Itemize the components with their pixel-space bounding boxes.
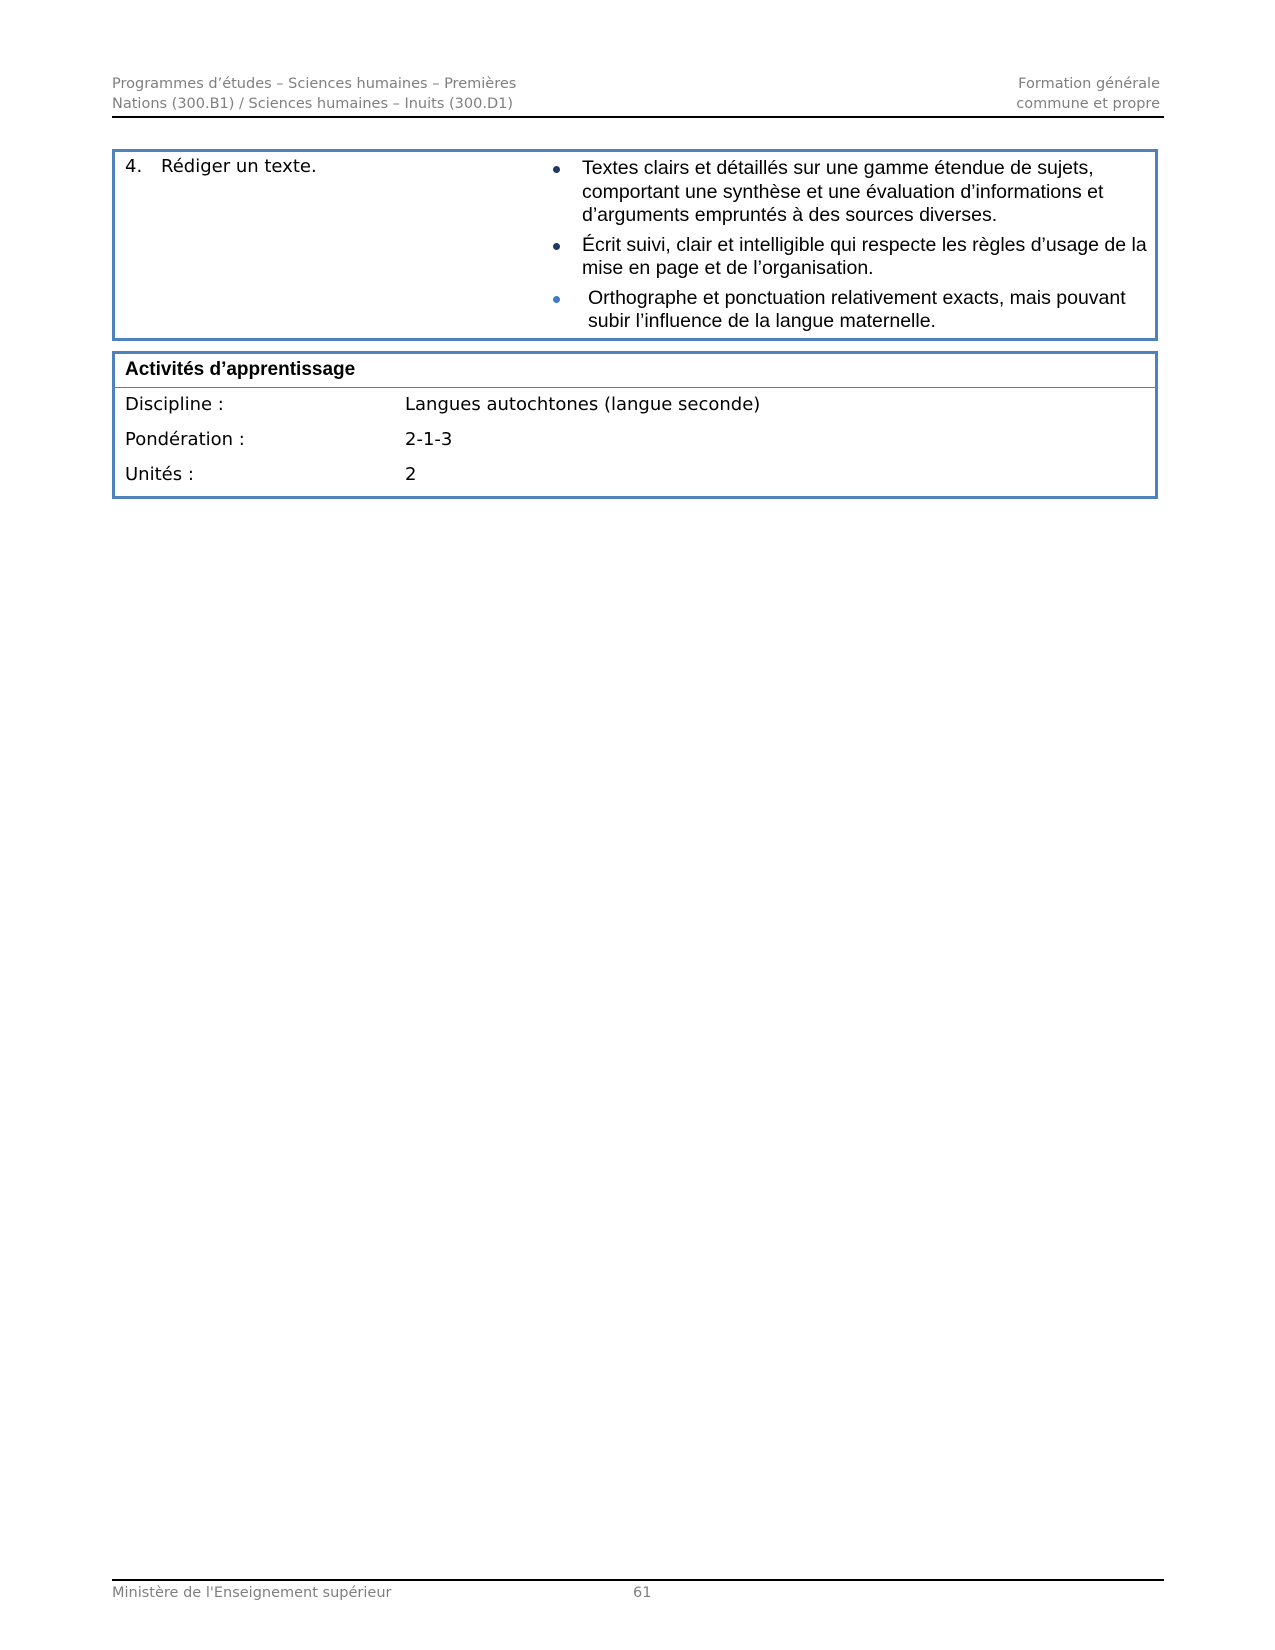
learning-activities-table: Activités d’apprentissage Discipline : L… bbox=[112, 351, 1158, 499]
header-program-title: Programmes d’études – Sciences humaines … bbox=[112, 74, 516, 114]
footer-ministry: Ministère de l'Enseignement supérieur bbox=[112, 1585, 391, 1601]
header-left-line-1: Programmes d’études – Sciences humaines … bbox=[112, 74, 516, 94]
row-label: Unités : bbox=[125, 464, 194, 485]
criteria-item: Écrit suivi, clair et intelligible qui r… bbox=[549, 234, 1149, 281]
header-right-line-1: Formation générale bbox=[1016, 74, 1160, 94]
header-right-line-2: commune et propre bbox=[1016, 94, 1160, 114]
learning-activities-title: Activités d’apprentissage bbox=[125, 359, 355, 381]
page-footer: Ministère de l'Enseignement supérieur 61 bbox=[112, 1579, 1164, 1581]
row-value: 2-1-3 bbox=[405, 429, 452, 450]
bullet-icon bbox=[553, 296, 560, 303]
performance-criteria-list: Textes clairs et détaillés sur une gamme… bbox=[549, 157, 1149, 340]
competency-text: Rédiger un texte. bbox=[161, 156, 317, 177]
criteria-item: Orthographe et ponctuation relativement … bbox=[549, 287, 1149, 334]
criteria-text: Orthographe et ponctuation relativement … bbox=[582, 287, 1149, 334]
row-value: Langues autochtones (langue seconde) bbox=[405, 394, 760, 415]
criteria-text: Écrit suivi, clair et intelligible qui r… bbox=[582, 234, 1147, 280]
competency-number: 4. bbox=[125, 156, 142, 177]
header-section-title: Formation générale commune et propre bbox=[1016, 74, 1160, 114]
bullet-icon bbox=[553, 243, 560, 250]
header-left-line-2: Nations (300.B1) / Sciences humaines – I… bbox=[112, 94, 516, 114]
criteria-text: Textes clairs et détaillés sur une gamme… bbox=[582, 157, 1103, 226]
criteria-item: Textes clairs et détaillés sur une gamme… bbox=[549, 157, 1149, 228]
row-label: Pondération : bbox=[125, 429, 245, 450]
row-label: Discipline : bbox=[125, 394, 224, 415]
bullet-icon bbox=[553, 166, 560, 173]
row-value: 2 bbox=[405, 464, 416, 485]
learning-activities-header: Activités d’apprentissage bbox=[115, 354, 1155, 388]
page-number: 61 bbox=[633, 1585, 651, 1601]
page-header: Programmes d’études – Sciences humaines … bbox=[112, 74, 1164, 118]
competency-table: 4. Rédiger un texte. Textes clairs et dé… bbox=[112, 149, 1158, 341]
